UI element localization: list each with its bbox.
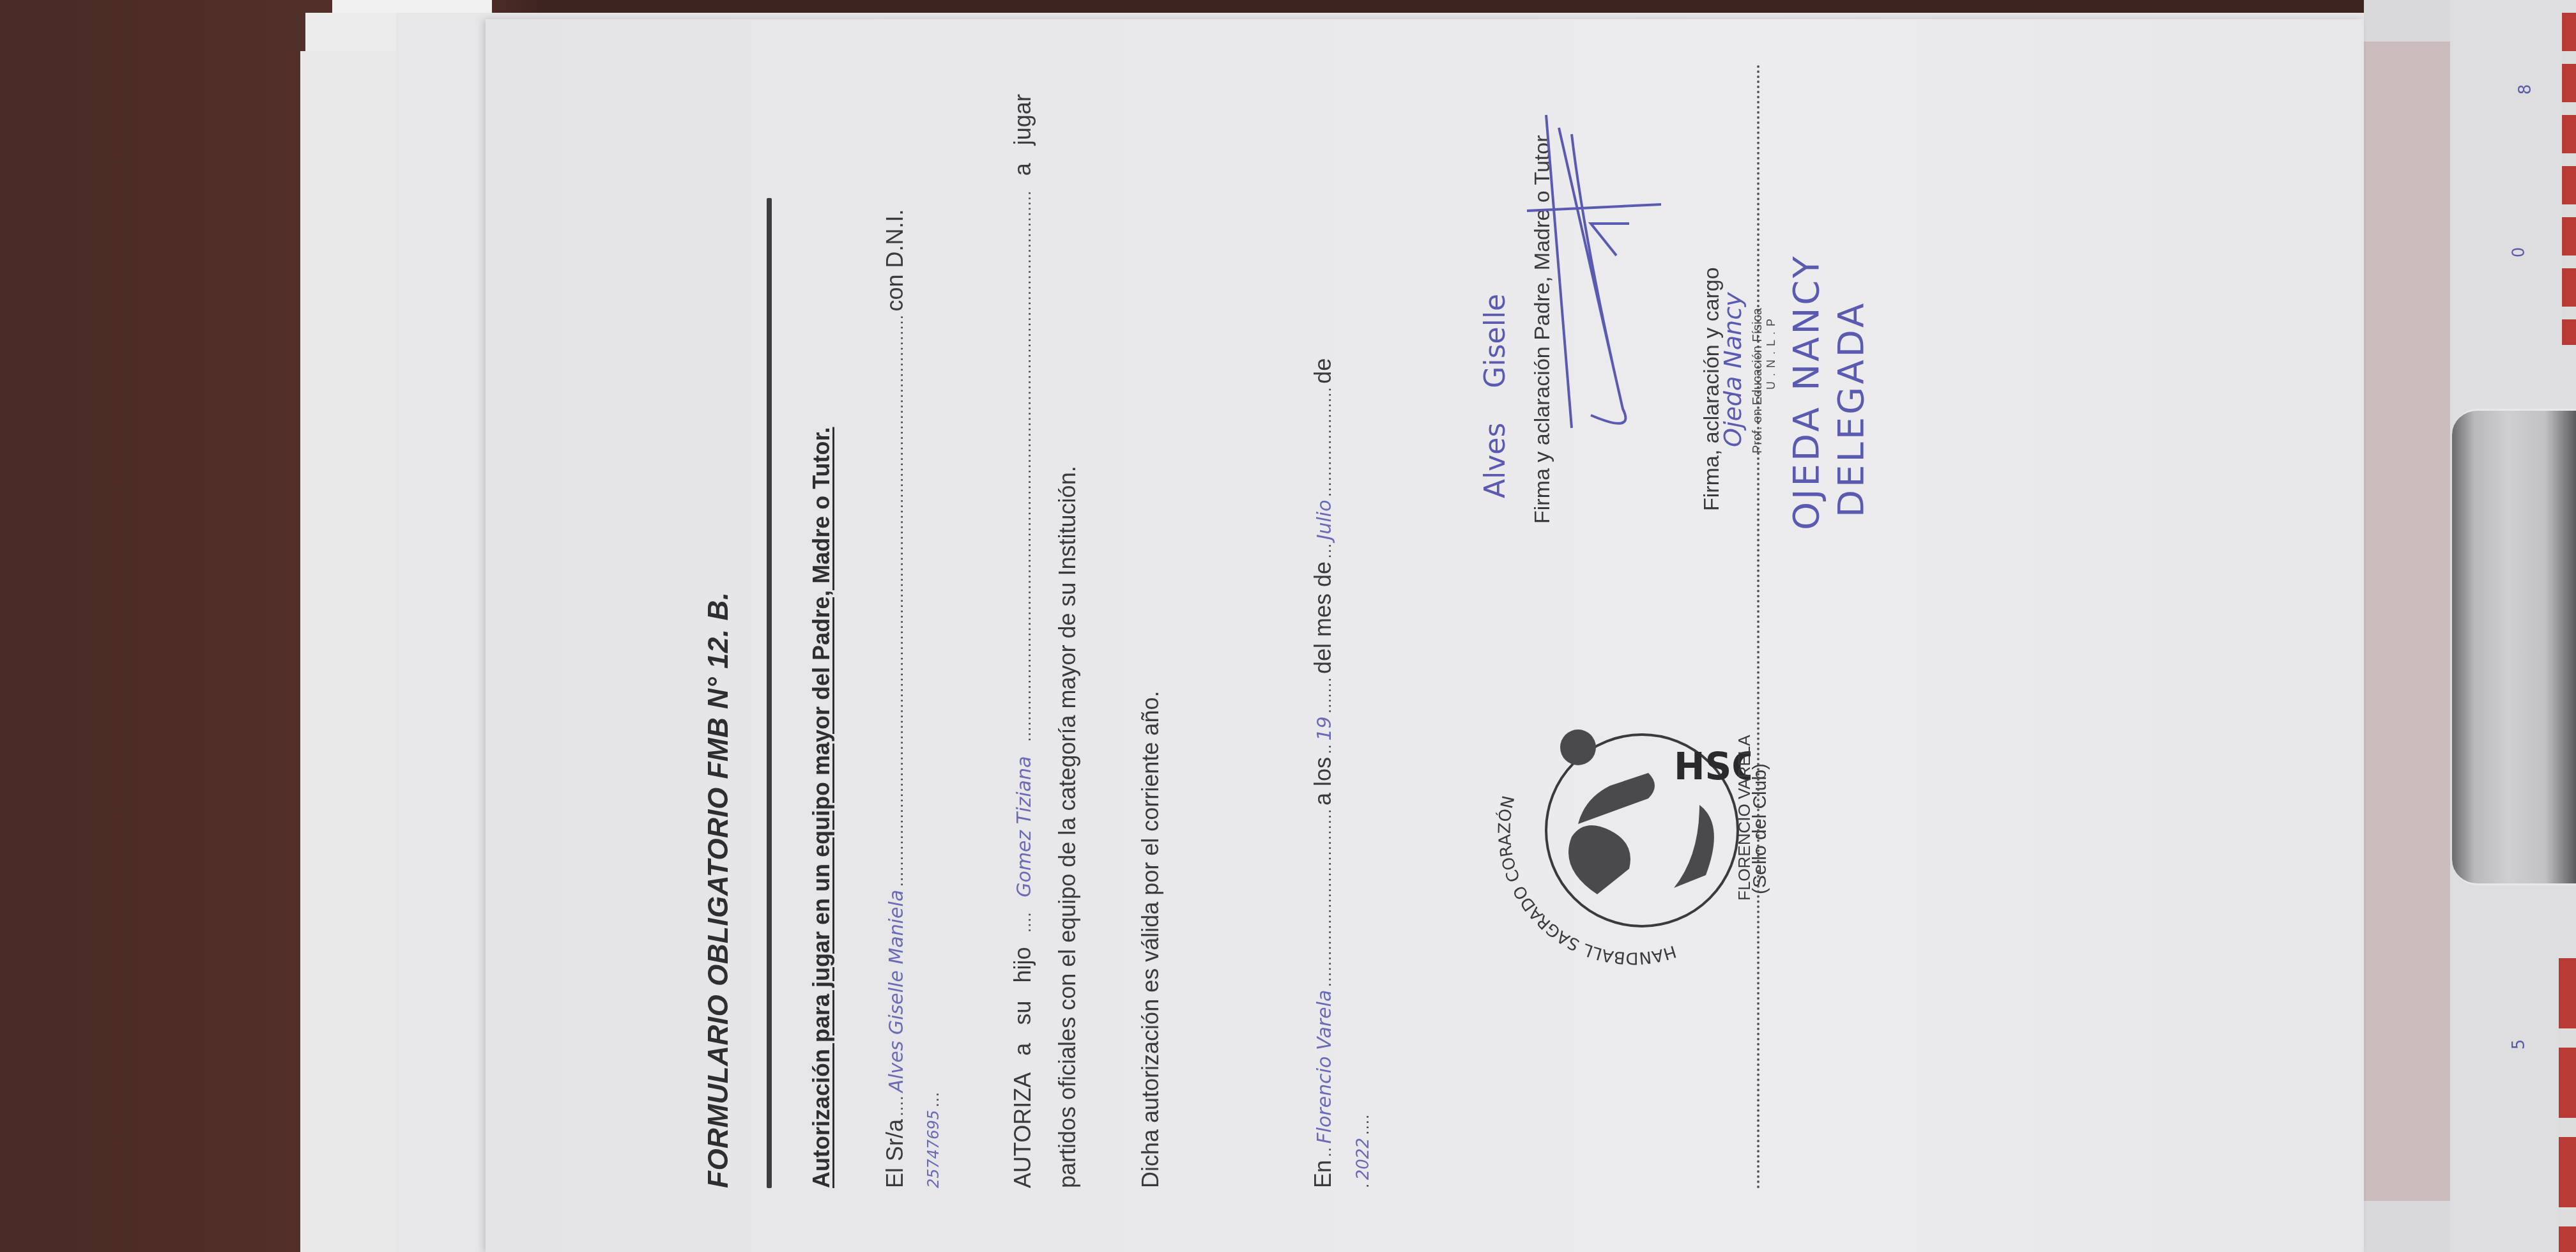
- stamp-name-text: Ojeda Nancy: [1719, 292, 1747, 447]
- signature-scribble-icon: [1521, 102, 1687, 434]
- dni-field[interactable]: 25747695: [924, 1110, 942, 1188]
- stamp-title: Prof. en Educación Física: [1751, 308, 1765, 454]
- month-label: del mes de: [1310, 561, 1336, 674]
- clipboard-area: [2364, 1201, 2453, 1252]
- official-handwritten-name: OJEDA NANCY: [1786, 254, 1827, 530]
- validity-text: Dicha autorización es válida por el corr…: [1137, 691, 1164, 1188]
- parent-signature-handwritten: Alves Giselle: [1479, 294, 1512, 498]
- year-field[interactable]: 2022: [1354, 1138, 1373, 1180]
- margin-mark: 0: [2510, 247, 2529, 258]
- parent-label: El Sr/a: [882, 1119, 908, 1188]
- stamp-caption: (Sello del Club): [1749, 763, 1771, 894]
- a-jugar-label: a jugar: [1009, 94, 1036, 176]
- de-label: de: [1310, 358, 1336, 384]
- form-subtitle: Autorización para jugar en un equipo may…: [808, 427, 835, 1188]
- signature-dotted-line: [1757, 64, 1759, 1188]
- place-field[interactable]: Florencio Varela: [1314, 990, 1336, 1144]
- club-stamp-logo-icon: HSC HANDBALL SAGRADO CORAZÓN: [1482, 671, 1751, 990]
- official-handwritten-role: DELEGADA: [1830, 301, 1872, 517]
- title-rule: [767, 198, 772, 1188]
- red-strip: [2562, 13, 2576, 345]
- child-name-field[interactable]: Gomez Tiziana: [1013, 756, 1036, 897]
- red-strip: [2559, 958, 2576, 1252]
- margin-mark: 5: [2510, 1039, 2529, 1050]
- year-line: . 2022 ....: [1353, 1114, 1373, 1188]
- dni-line: 25747695 ...: [923, 1092, 943, 1188]
- stamp-name: Ojeda Nancy: [1719, 292, 1747, 447]
- clipboard-clip: [2452, 409, 2576, 885]
- parent-name-field[interactable]: Alves Giselle Maniela: [885, 890, 908, 1092]
- day-field[interactable]: 19: [1314, 717, 1336, 741]
- authorize-continuation: partidos oficiales con el equipo de la c…: [1054, 466, 1081, 1188]
- dni-label: con D.N.I.: [882, 209, 908, 311]
- authorize-line: AUTORIZA a su hijo .... Gomez Tiziana ..…: [1009, 94, 1036, 1188]
- en-label: En: [1310, 1160, 1336, 1188]
- clipboard-pink-sheet: [2364, 42, 2453, 1217]
- form-title: FORMULARIO OBLIGATORIO FMB N° 12. B.: [703, 592, 735, 1188]
- stamp-institution: U.N.L.P: [1765, 314, 1778, 390]
- parent-line: El Sr/a .... Alves Giselle Maniela .....…: [882, 209, 908, 1188]
- margin-mark: 8: [2516, 84, 2535, 95]
- a-los-label: a los: [1310, 757, 1336, 805]
- club-stamp: HSC HANDBALL SAGRADO CORAZÓN FLORENCIO V…: [1482, 671, 1751, 990]
- month-field[interactable]: Julio: [1314, 500, 1336, 540]
- authorize-label: AUTORIZA a su hijo: [1009, 947, 1036, 1188]
- date-line: En .. Florencio Varela .................…: [1310, 358, 1337, 1188]
- clipboard-area: [2364, 0, 2453, 45]
- form-document: FORMULARIO OBLIGATORIO FMB N° 12. B. Aut…: [671, 51, 1885, 1188]
